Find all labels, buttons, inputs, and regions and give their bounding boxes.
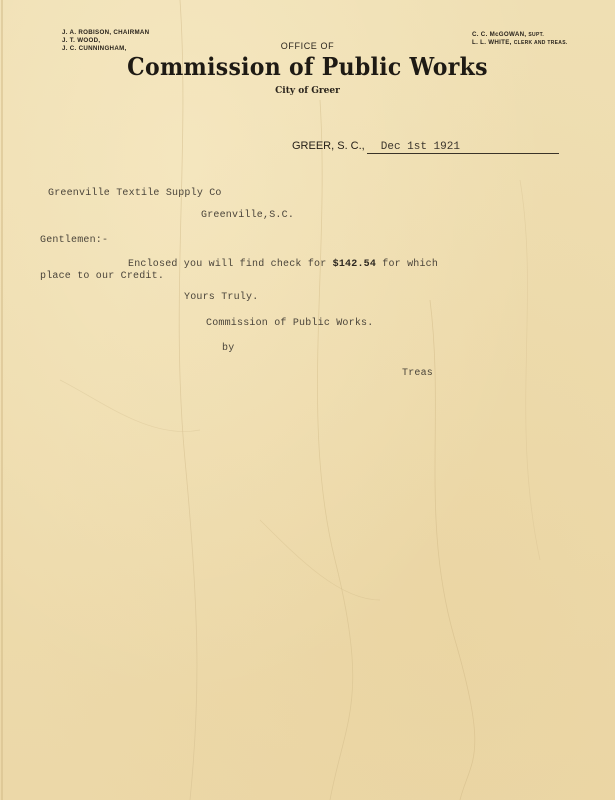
officer-superintendent: C. C. McGOWAN, SUPT.: [472, 31, 568, 39]
officer-name: C. C. McGOWAN,: [472, 31, 526, 38]
body-text: for which: [376, 259, 438, 270]
recipient-name: Greenville Textile Supply Co: [48, 188, 222, 199]
city-subtitle: City of Greer: [0, 86, 615, 96]
place-label: GREER, S. C.,: [292, 140, 365, 152]
salutation: Gentlemen:-: [40, 235, 108, 246]
officer-title: SUPT.: [528, 32, 544, 38]
by-label: by: [222, 343, 234, 354]
organization-title: Commission of Public Works: [0, 52, 615, 81]
signature-organization: Commission of Public Works.: [206, 318, 373, 329]
date-field: Dec 1st 1921: [367, 142, 559, 154]
officer-chairman: J. A. ROBISON, CHAIRMAN: [62, 29, 149, 37]
signer-title: Treas: [402, 368, 433, 379]
recipient-city: Greenville,S.C.: [201, 210, 294, 221]
dateline: GREER, S. C., Dec 1st 1921: [292, 140, 559, 154]
body-line-1: Enclosed you will find check for $142.54…: [128, 259, 438, 270]
check-amount: $142.54: [333, 259, 376, 270]
paper-creases: [0, 0, 615, 800]
letter-page: J. A. ROBISON, CHAIRMAN J. T. WOOD, J. C…: [0, 0, 615, 800]
body-text: Enclosed you will find check for: [128, 259, 333, 270]
closing: Yours Truly.: [184, 292, 258, 303]
office-of-label: OFFICE OF: [0, 41, 615, 51]
body-line-2: place to our Credit.: [40, 271, 164, 282]
